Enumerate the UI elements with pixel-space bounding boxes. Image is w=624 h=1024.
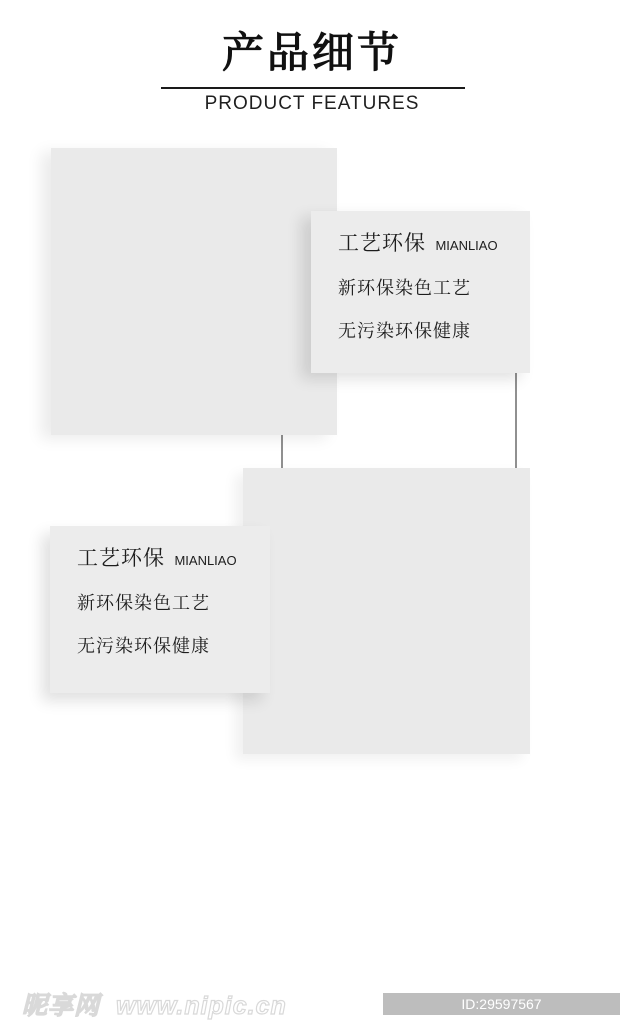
product-image-placeholder-1 <box>51 148 337 435</box>
feature-line: 新环保染色工艺 <box>338 274 530 302</box>
feature-heading-en: MIANLIAO <box>174 553 236 568</box>
watermark-id-badge: ID:29597567 NO:20220928100747144102 <box>383 993 620 1015</box>
feature-heading-en: MIANLIAO <box>435 238 497 253</box>
watermark-logo: 昵享网 www.nipic.cn <box>22 986 287 1022</box>
feature-line: 新环保染色工艺 <box>77 589 270 617</box>
feature-heading-cn: 工艺环保 <box>338 232 426 255</box>
feature-heading: 工艺环保 MIANLIAO <box>338 229 530 259</box>
page-subtitle: PRODUCT FEATURES <box>0 93 624 115</box>
connector-line-1 <box>281 435 283 469</box>
connector-line-2 <box>515 372 517 469</box>
feature-card-1: 工艺环保 MIANLIAO 新环保染色工艺 无污染环保健康 <box>311 211 530 373</box>
feature-line: 无污染环保健康 <box>77 632 270 660</box>
product-detail-page: 产品细节 PRODUCT FEATURES 工艺环保 MIANLIAO 新环保染… <box>0 0 624 1024</box>
watermark-site-name: 昵享网 <box>22 992 100 1020</box>
page-title: 产品细节 <box>0 20 624 80</box>
product-image-placeholder-2 <box>243 468 530 754</box>
feature-card-2: 工艺环保 MIANLIAO 新环保染色工艺 无污染环保健康 <box>50 526 270 693</box>
feature-heading: 工艺环保 MIANLIAO <box>77 544 270 574</box>
watermark-site-url: www.nipic.cn <box>116 992 287 1020</box>
title-divider <box>161 87 465 89</box>
feature-heading-cn: 工艺环保 <box>77 547 165 570</box>
feature-line: 无污染环保健康 <box>338 317 530 345</box>
